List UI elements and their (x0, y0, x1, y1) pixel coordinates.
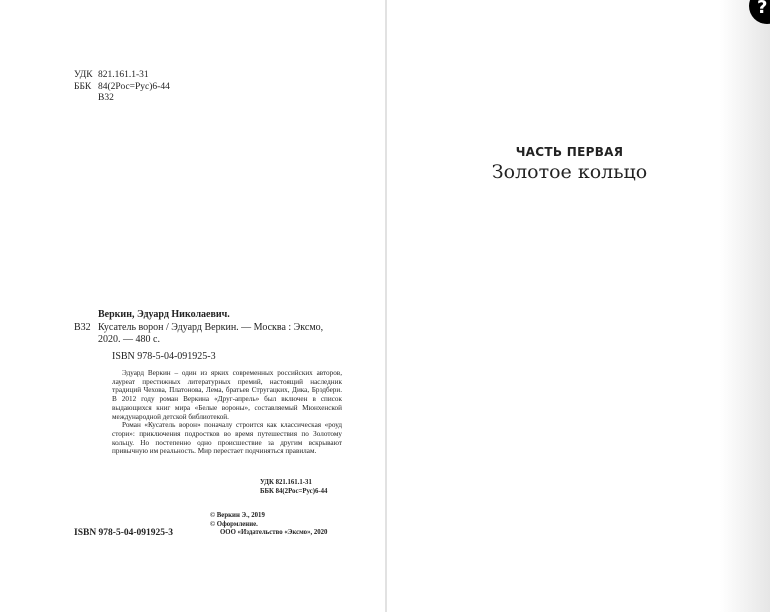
isbn-bottom: ISBN 978-5-04-091925-3 (74, 528, 173, 538)
code-value: 821.161.1-31 (98, 70, 149, 82)
code-label: УДК (74, 70, 98, 82)
copyright-line: ООО «Издательство «Эксмо», 2020 (210, 529, 327, 538)
isbn: ISBN 978-5-04-091925-3 (74, 351, 342, 364)
help-icon: ? (757, 0, 767, 18)
copyright-line: © Веркин Э., 2019 (210, 512, 327, 521)
code-label: ББК (74, 82, 98, 94)
page-edge-shadow (720, 0, 770, 612)
annotation-paragraph: Эдуард Веркин – один из ярких современны… (112, 369, 342, 421)
code-value: 84(2Рос=Рус)6-44 (98, 82, 170, 94)
left-page: УДК821.161.1-31 ББК84(2Рос=Рус)6-44 В32 … (0, 0, 385, 612)
copyright-line: © Оформление. (210, 521, 327, 530)
part-label: ЧАСТЬ ПЕРВАЯ (387, 145, 752, 159)
right-page (387, 0, 770, 612)
udk-code: УДК 821.161.1-31 (260, 479, 327, 488)
code-value: В32 (98, 93, 114, 105)
classification-codes: УДК821.161.1-31 ББК84(2Рос=Рус)6-44 В32 (74, 70, 170, 105)
annotation: Эдуард Веркин – один из ярких современны… (74, 369, 342, 456)
copyright: © Веркин Э., 2019 © Оформление. ООО «Изд… (210, 512, 327, 538)
entry-text: Кусатель ворон / Эдуард Веркин. — Москва… (98, 322, 342, 347)
bbk-code: ББК 84(2Рос=Рус)6-44 (260, 488, 327, 497)
code-label (74, 93, 98, 105)
classification-codes-small: УДК 821.161.1-31 ББК 84(2Рос=Рус)6-44 (260, 479, 327, 497)
entry-code: В32 (74, 322, 98, 347)
entry: В32 Кусатель ворон / Эдуард Веркин. — Мо… (74, 322, 342, 347)
annotation-paragraph: Роман «Кусатель ворон» поначалу строится… (112, 421, 342, 456)
part-title: Золотое кольцо (387, 161, 752, 183)
bibliographic-record: Веркин, Эдуард Николаевич. В32 Кусатель … (74, 309, 342, 456)
author-name: Веркин, Эдуард Николаевич. (74, 309, 342, 322)
